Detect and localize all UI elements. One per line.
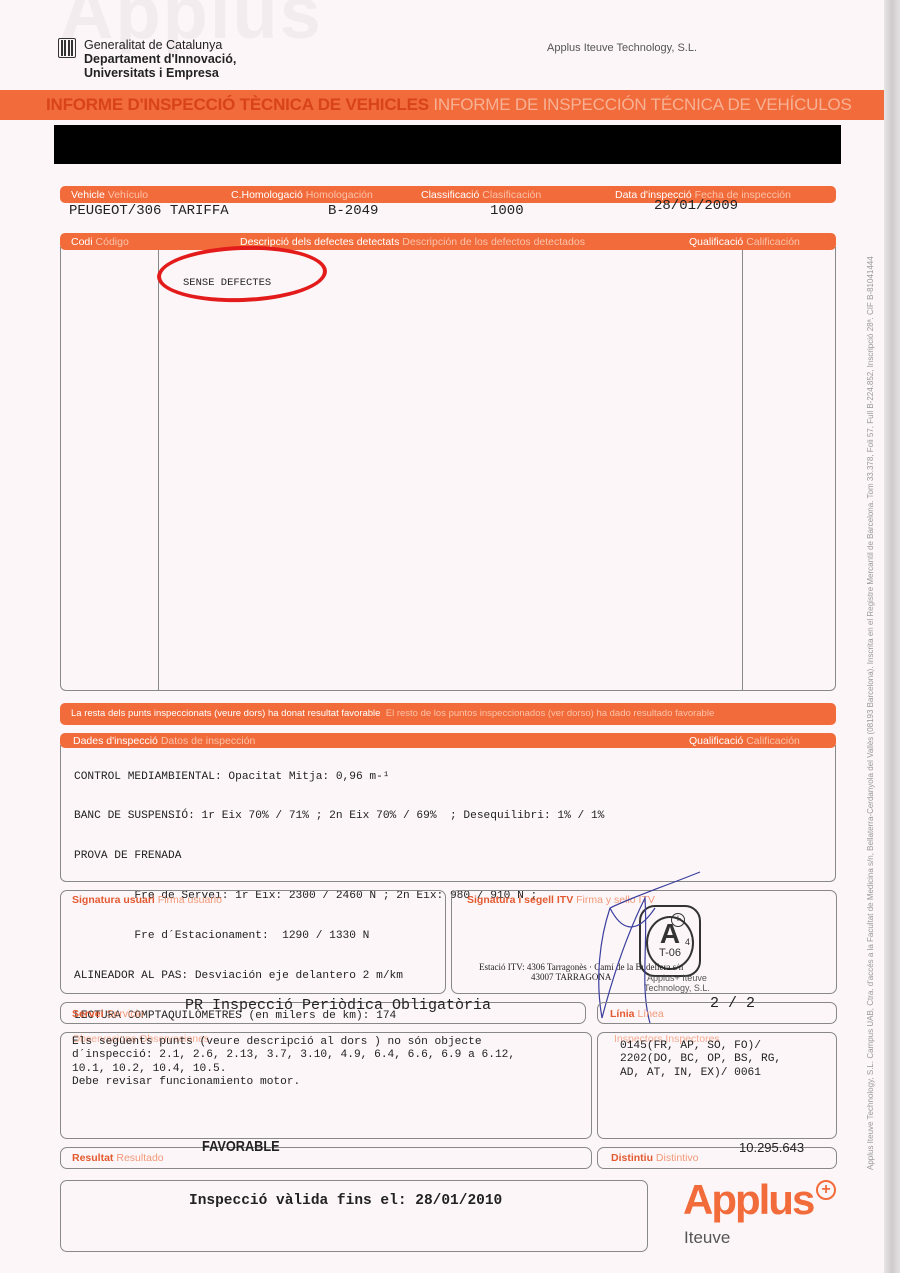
- redaction-bar: [54, 125, 841, 164]
- service-label: Servei Servicio: [72, 1008, 144, 1020]
- result-value: FAVORABLE: [202, 1138, 280, 1155]
- plus-icon: +: [816, 1180, 836, 1200]
- gencat-line3: Universitats i Empresa: [84, 66, 236, 80]
- title-es: INFORME DE INSPECCIÓN TÉCNICA DE VEHÍCUL…: [433, 95, 851, 114]
- observations-text: Els següents punts (veure descripció al …: [72, 1036, 515, 1089]
- homologation-code: B-2049: [328, 203, 378, 219]
- favorable-result-banner: La resta dels punts inspeccionats (veure…: [60, 703, 836, 725]
- inspection-date: 28/01/2009: [654, 198, 738, 214]
- validity-box: [60, 1180, 648, 1252]
- column-divider: [742, 250, 743, 690]
- legal-side-text: Applus Iteuve Technology, S.L. Campus UA…: [866, 130, 875, 1170]
- validity-text: Inspecció vàlida fins el: 28/01/2010: [189, 1193, 502, 1209]
- gencat-line1: Generalitat de Catalunya: [84, 38, 236, 52]
- result-label: Resultat Resultado: [72, 1152, 164, 1164]
- applus-logo: Applus: [683, 1176, 813, 1224]
- inspectors-text: 0145(FR, AP, SO, FO)/ 2202(DO, BC, OP, B…: [620, 1040, 781, 1080]
- defects-table: [60, 247, 836, 691]
- user-signature-label: Signatura usuari Firma usuario: [72, 894, 222, 906]
- service-value: PR Inspecció Periòdica Obligatòria: [185, 997, 491, 1014]
- title-ca: INFORME D'INSPECCIÓ TÈCNICA DE VEHICLES: [46, 95, 429, 114]
- column-divider: [158, 250, 159, 690]
- page-edge: [884, 0, 900, 1273]
- vehicle-model: PEUGEOT/306 TARIFFA: [69, 203, 229, 219]
- line-value: 2 / 2: [710, 995, 755, 1012]
- gencat-shield-icon: [58, 38, 76, 58]
- gencat-header: Generalitat de Catalunya Departament d'I…: [58, 38, 236, 80]
- gencat-line2: Departament d'Innovació,: [84, 52, 236, 66]
- company-name: Applus Iteuve Technology, S.L.: [547, 42, 697, 54]
- classification: 1000: [490, 203, 524, 219]
- badge-label: Distintiu Distintivo: [611, 1152, 699, 1164]
- line-label: Línia Línea: [610, 1008, 664, 1020]
- document-title: INFORME D'INSPECCIÓ TÈCNICA DE VEHICLES …: [46, 95, 852, 115]
- badge-number: 10.295.643: [739, 1140, 804, 1155]
- iteuve-label: Iteuve: [684, 1228, 730, 1248]
